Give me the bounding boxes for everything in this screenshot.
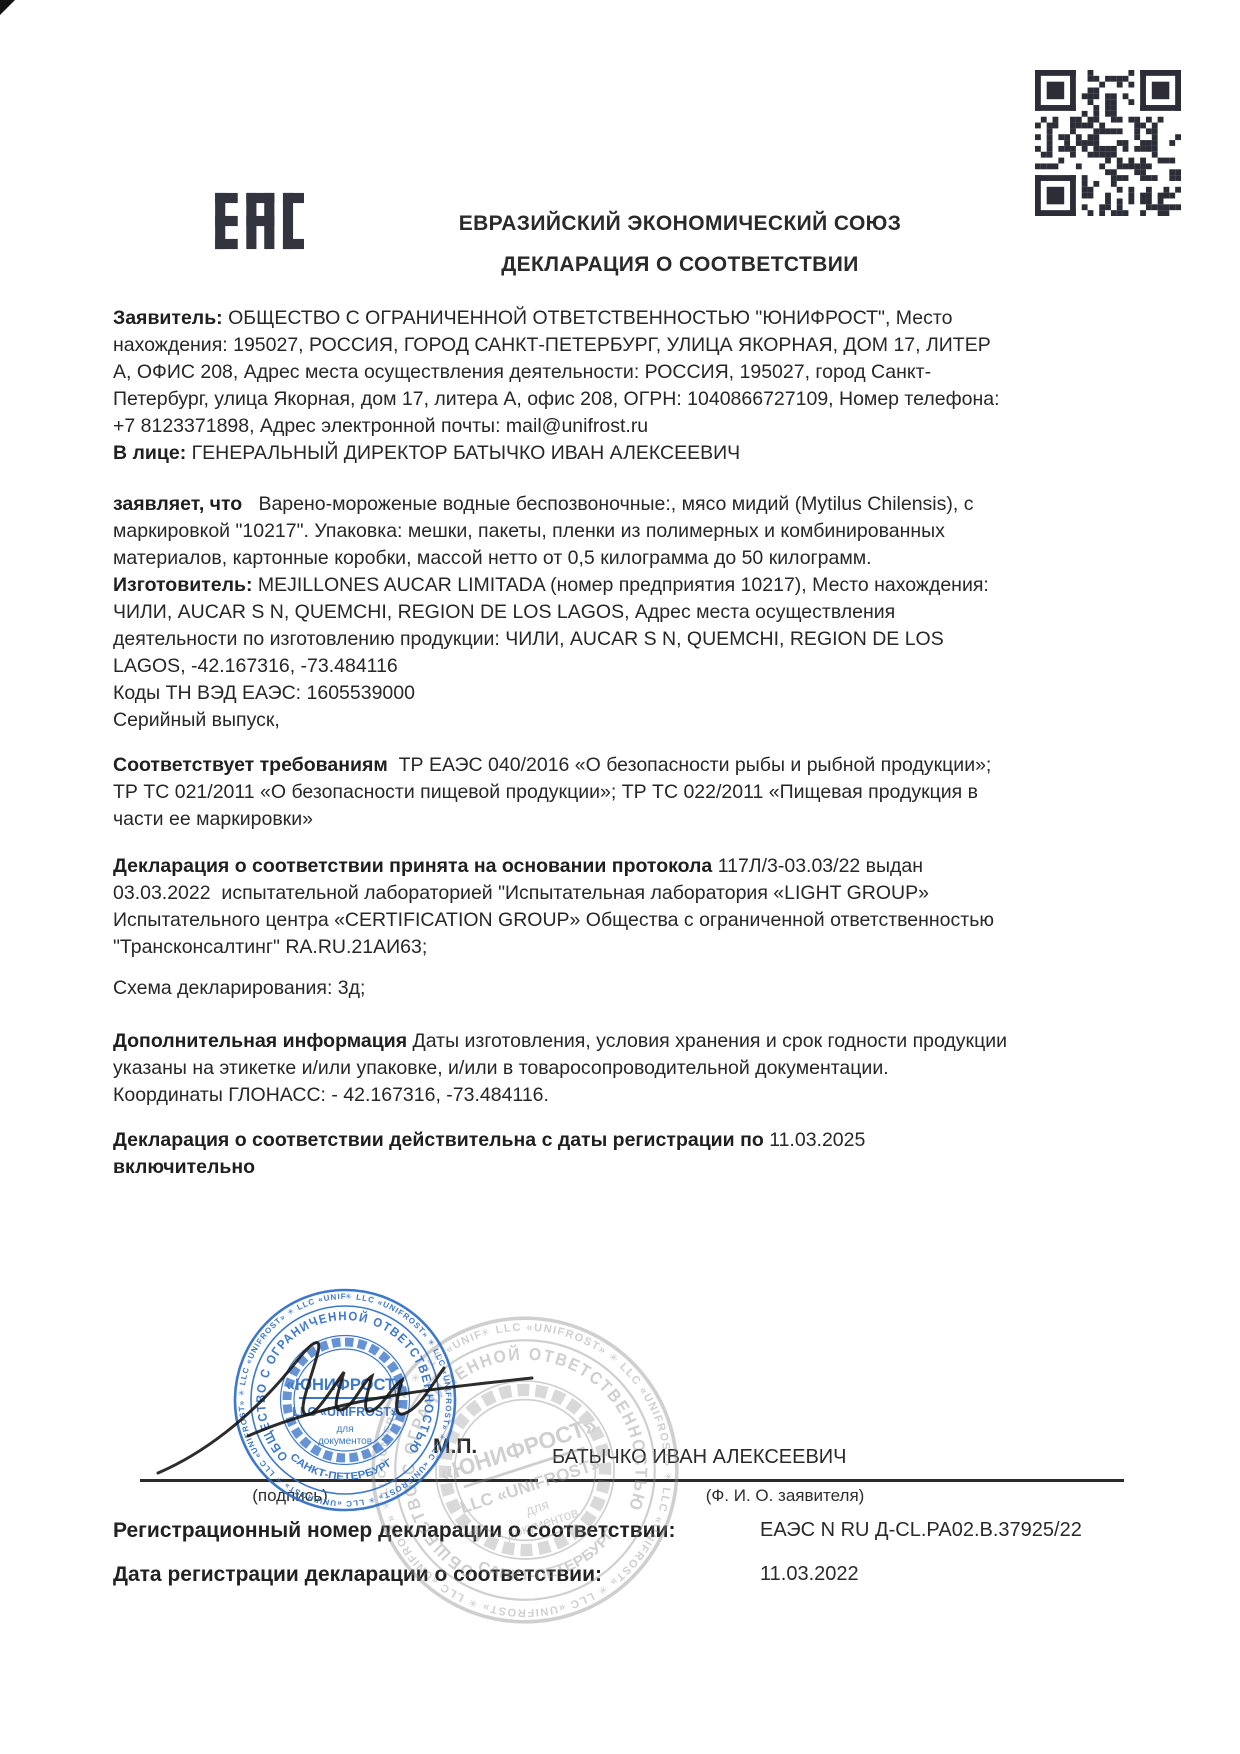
handwritten-signature [158,1343,444,1473]
validity-label: Декларация о соответствии действительна … [113,1129,769,1151]
declares-text: Варено-мороженые водные беспозвоночные:,… [113,493,973,569]
applicant-paragraph: Заявитель: ОБЩЕСТВО С ОГРАНИЧЕННОЙ ОТВЕТ… [113,305,1139,440]
fio-caption: (Ф. И. О. заявителя) [645,1486,925,1506]
validity-suffix: включительно [113,1154,1139,1181]
in-person-text: ГЕНЕРАЛЬНЫЙ ДИРЕКТОР БАТЫЧКО ИВАН АЛЕКСЕ… [186,442,740,464]
additional-label: Дополнительная информация [113,1030,407,1052]
in-person-label: В лице: [113,442,186,464]
basis-label: Декларация о соответствии принята на осн… [113,855,712,877]
document-body: Заявитель: ОБЩЕСТВО С ОГРАНИЧЕННОЙ ОТВЕТ… [113,305,1139,1181]
ghost-stamp [334,1279,717,1660]
declaration-document: ЕВРАЗИЙСКИЙ ЭКОНОМИЧЕСКИЙ СОЮЗ ДЕКЛАРАЦИ… [0,0,1240,1754]
applicant-label: Заявитель: [113,307,223,329]
signature-caption: (подпись) [155,1486,425,1506]
signer-name: БАТЫЧКО ИВАН АЛЕКСЕЕВИЧ [552,1446,846,1469]
basis-paragraph: Декларация о соответствии принята на осн… [113,853,1139,961]
stamp-place-label: М.П. [433,1435,477,1459]
manufacturer-paragraph: Изготовитель: MEJILLONES AUCAR LIMITADA … [113,572,1139,680]
validity-paragraph: Декларация о соответствии действительна … [113,1127,1139,1181]
name-line [547,1479,1124,1482]
in-person-paragraph: В лице: ГЕНЕРАЛЬНЫЙ ДИРЕКТОР БАТЫЧКО ИВА… [113,440,1139,467]
stamp-and-signature-layer: ✳ LLC «UNIFROST» ✳ LLC «UNIFROST» ✳ LLC … [100,1230,760,1660]
declares-paragraph: заявляет, что Варено-мороженые водные бе… [113,491,1139,572]
validity-date: 11.03.2025 [769,1129,865,1151]
union-title: ЕВРАЗИЙСКИЙ ЭКОНОМИЧЕСКИЙ СОЮЗ [120,212,1240,236]
applicant-text: ОБЩЕСТВО С ОГРАНИЧЕННОЙ ОТВЕТСТВЕННОСТЬЮ… [113,307,1000,437]
company-stamp [235,1290,455,1510]
conforms-paragraph: Соответствует требованиям ТР ЕАЭС 040/20… [113,752,1139,833]
scheme-line: Схема декларирования: 3д; [113,975,1139,1002]
tnved-line: Коды ТН ВЭД ЕАЭС: 1605539000 [113,680,1139,707]
scan-corner-artifact [0,0,15,15]
additional-paragraph: Дополнительная информация Даты изготовле… [113,1028,1139,1109]
page-title: ДЕКЛАРАЦИЯ О СООТВЕТСТВИИ [120,253,1240,277]
serial-line: Серийный выпуск, [113,707,1139,734]
registration-date-label: Дата регистрации декларации о соответств… [113,1563,602,1587]
declares-label: заявляет, что [113,493,242,515]
registration-number-label: Регистрационный номер декларации о соотв… [113,1519,675,1543]
registration-date-value: 11.03.2022 [760,1563,859,1586]
qr-code-icon [1035,70,1181,216]
handwritten-signature-flourish [248,1378,532,1436]
manufacturer-label: Изготовитель: [113,574,252,596]
conforms-label: Соответствует требованиям [113,754,388,776]
registration-number-value: ЕАЭС N RU Д-CL.РА02.В.37925/22 [760,1519,1082,1542]
signature-line [140,1479,538,1482]
